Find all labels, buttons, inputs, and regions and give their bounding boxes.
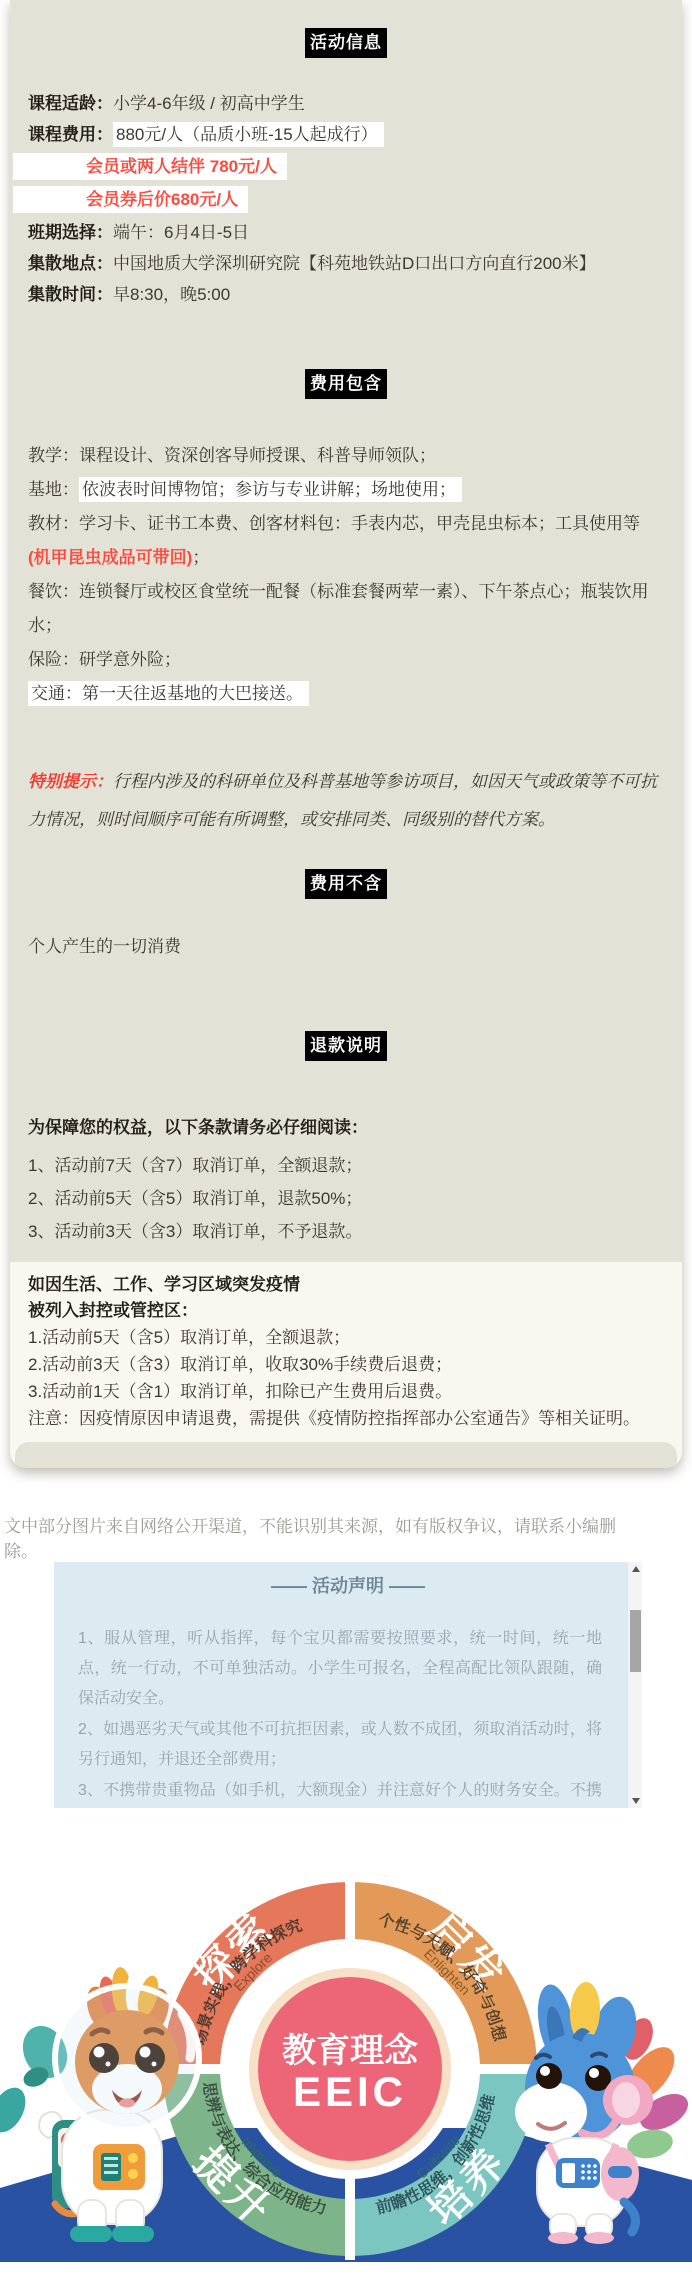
scrollbar-thumb[interactable] [630,1610,641,1672]
include-value-tail: ； [192,548,209,567]
price-note-text: 会员或两人结伴 [86,157,210,176]
include-label: 交通： [31,684,82,703]
row-value: 端午：6月4日-5日 [113,223,249,242]
row-meeting-point: 集散地点：中国地质大学深圳研究院【科苑地铁站D口出口方向直行200米】 [28,252,664,276]
epidemic-headline: 如因生活、工作、学习区域突发疫情 [28,1272,664,1298]
mascot-right-foot [548,2232,578,2244]
include-label: 教学： [28,446,79,465]
include-row-base: 基地：依波表时间博物馆；参访与专业讲解；场地使用； [28,473,664,507]
price-note-price: 680元/人 [171,190,238,209]
epidemic-item: 3.活动前1天（含1）取消订单，扣除已产生费用后退费。 [28,1378,664,1405]
row-meeting-time: 集散时间：早8:30，晚5:00 [28,283,664,307]
include-label: 基地： [28,480,79,499]
declaration-item: 2、如遇恶劣天气或其他不可抗拒因素，或人数不成团，须取消活动时，将另行通知，并退… [78,1715,602,1775]
row-value: 早8:30，晚5:00 [113,285,230,304]
include-row-insurance: 保险：研学意外险； [28,643,664,677]
declaration-item: 3、不携带贵重物品（如手机，大额现金）并注意好个人的财务安全。不携带不购买不食用… [78,1776,602,1808]
row-schedule: 班期选择：端午：6月4日-5日 [28,221,664,245]
mascot-left-helmet [55,1986,199,2130]
epidemic-policy-block: 如因生活、工作、学习区域突发疫情 被列入封控或管控区： 1.活动前5天（含5）取… [10,1262,682,1468]
row-value-highlight: 880元/人（品质小班-15人起成行） [113,122,384,147]
section-title-activity-info: 活动信息 [305,28,387,58]
row-value: 小学4-6年级 / 初高中学生 [113,94,305,113]
exclude-text: 个人产生的一切消费 [28,935,664,959]
special-note: 特别提示：行程内涉及的科研单位及科普基地等参访项目，如因天气或政策等不可抗力情况… [28,763,664,839]
include-row-transport: 交通：第一天往返基地的大巴接送。 [28,677,664,711]
row-label: 课程适龄： [28,94,113,113]
rights-footer-panel: *活动最终解释权归 科目朗玛（深圳）教育科技发展有限公司所有 [15,1442,677,1468]
mascot-right-device-keys [581,2164,597,2180]
row-label: 班期选择： [28,223,113,242]
leaf-decoration [0,2082,33,2138]
mascot-left-boot [70,2226,112,2242]
price-note-text: 会员券后价 [86,190,171,209]
mascot-left-device-line [104,2171,118,2174]
include-value: 课程设计、资深创客导师授课、科普导师领队； [79,446,436,465]
include-row-materials: 教材：学习卡、证书工本费、创客材料包：手表内芯，甲壳昆虫标本；工具使用等 (机甲… [28,507,664,575]
epidemic-item: 2.活动前3天（含3）取消订单，收取30%手续费后退费； [28,1351,664,1378]
include-value: 第一天往返基地的大巴接送。 [82,684,303,703]
section-title-fee-includes: 费用包含 [305,369,387,399]
special-note-text: 行程内涉及的科研单位及科普基地等参访项目，如因天气或政策等不可抗力情况，则时间顺… [28,772,657,829]
mascot-right-device-screen [562,2163,575,2183]
row-label: 集散时间： [28,285,113,304]
eeic-philosophy-figure: 探索 Explore 启发 Enlighten 提升 Improve 培养 Cu… [0,1862,692,2282]
section-title-fee-excludes: 费用不含 [305,869,387,899]
center-title: 教育理念 [282,2031,419,2070]
mascot-right-bag-watch [608,2166,632,2178]
row-value: 中国地质大学深圳研究院【科苑地铁站D口出口方向直行200米】 [113,254,596,273]
include-label: 餐饮： [28,582,79,601]
refund-item: 3、活动前3天（含3）取消订单，不予退款。 [28,1215,664,1248]
section-title-refund: 退款说明 [305,1031,387,1061]
mascot-right-foot [584,2232,614,2244]
image-source-disclaimer: 文中部分图片来自网络公开渠道，不能识别其来源，如有版权争议，请联系小编删除。 [4,1512,644,1562]
scroll-up-button[interactable] [628,1562,642,1577]
mascot-left-device-button [128,2153,138,2163]
include-value: 研学意外险； [79,650,181,669]
mascot-right-eye [536,2063,562,2089]
refund-intro: 为保障您的权益，以下条款请务必仔细阅读： [28,1116,664,1140]
declaration-body: 1、服从管理，听从指挥，每个宝贝都需要按照要求，统一时间，统一地点，统一行动，不… [54,1624,642,1808]
mascot-left-device-line [104,2157,118,2160]
epidemic-note: 注意：因疫情原因申请退费，需提供《疫情防控指挥部办公室通告》等相关证明。 [28,1405,664,1432]
row-label: 课程费用： [28,125,113,144]
eeic-wheel-illustration: 探索 Explore 启发 Enlighten 提升 Improve 培养 Cu… [0,1862,692,2282]
include-row-teaching: 教学：课程设计、资深创客导师授课、科普导师领队； [28,439,664,473]
price-note-price: 780元/人 [210,157,277,176]
mascot-left-device-line [104,2164,118,2167]
article-page: 活动信息 课程适龄：小学4-6年级 / 初高中学生 课程费用：880元/人（品质… [0,0,692,2282]
include-value-highlight: 依波表时间博物馆；参访与专业讲解；场地使用； [79,477,462,502]
activity-declaration-box: —— 活动声明 —— 1、服从管理，听从指挥，每个宝贝都需要按照要求，统一时间，… [54,1562,642,1808]
center-acronym: EEIC [293,2068,407,2115]
include-value-red-note: (机甲昆虫成品可带回) [28,548,192,567]
epidemic-headline: 被列入封控或管控区： [28,1298,664,1324]
refund-item: 1、活动前7天（含7）取消订单，全额退款； [28,1149,664,1182]
epidemic-item: 1.活动前5天（含5）取消订单，全额退款； [28,1324,664,1351]
mascot-left-boot [112,2226,154,2242]
row-course-age: 课程适龄：小学4-6年级 / 初高中学生 [28,92,664,116]
row-course-fee: 课程费用：880元/人（品质小班-15人起成行） [28,123,664,147]
include-row-catering: 餐饮：连锁餐厅或校区食堂统一配餐（标准套餐两荤一素）、下午茶点心；瓶装饮用水； [28,575,664,643]
include-label: 教材： [28,514,79,533]
declaration-title: —— 活动声明 —— [54,1572,642,1598]
mascot-left-device-button [128,2169,138,2179]
refund-item: 2、活动前5天（含5）取消订单，退款50%； [28,1182,664,1215]
price-note-member-coupon: 会员券后价680元/人 [13,186,248,213]
mascot-right-earpiece-inner [612,2082,640,2118]
include-row-transport-highlight: 交通：第一天往返基地的大巴接送。 [28,681,309,706]
activity-card: 活动信息 课程适龄：小学4-6年级 / 初高中学生 课程费用：880元/人（品质… [10,0,682,1468]
row-label: 集散地点： [28,254,113,273]
declaration-item: 1、服从管理，听从指挥，每个宝贝都需要按照要求，统一时间，统一地点，统一行动，不… [78,1624,602,1714]
scroll-down-icon [632,1798,640,1804]
include-label: 保险： [28,650,79,669]
scroll-up-icon [632,1566,640,1572]
mascot-right-muzzle [515,2082,587,2142]
price-note-member-pair: 会员或两人结伴 780元/人 [13,153,287,180]
mascot-right-eye-highlight [540,2066,550,2076]
special-note-label: 特别提示： [28,772,113,791]
mascot-right-eye-highlight [589,2068,599,2078]
scroll-down-button[interactable] [628,1793,642,1808]
include-value: 连锁餐厅或校区食堂统一配餐（标准套餐两荤一素）、下午茶点心；瓶装饮用水； [28,582,649,635]
include-value: 学习卡、证书工本费、创客材料包：手表内芯，甲壳昆虫标本；工具使用等 [79,514,640,533]
declaration-scrollbar[interactable] [627,1562,642,1808]
